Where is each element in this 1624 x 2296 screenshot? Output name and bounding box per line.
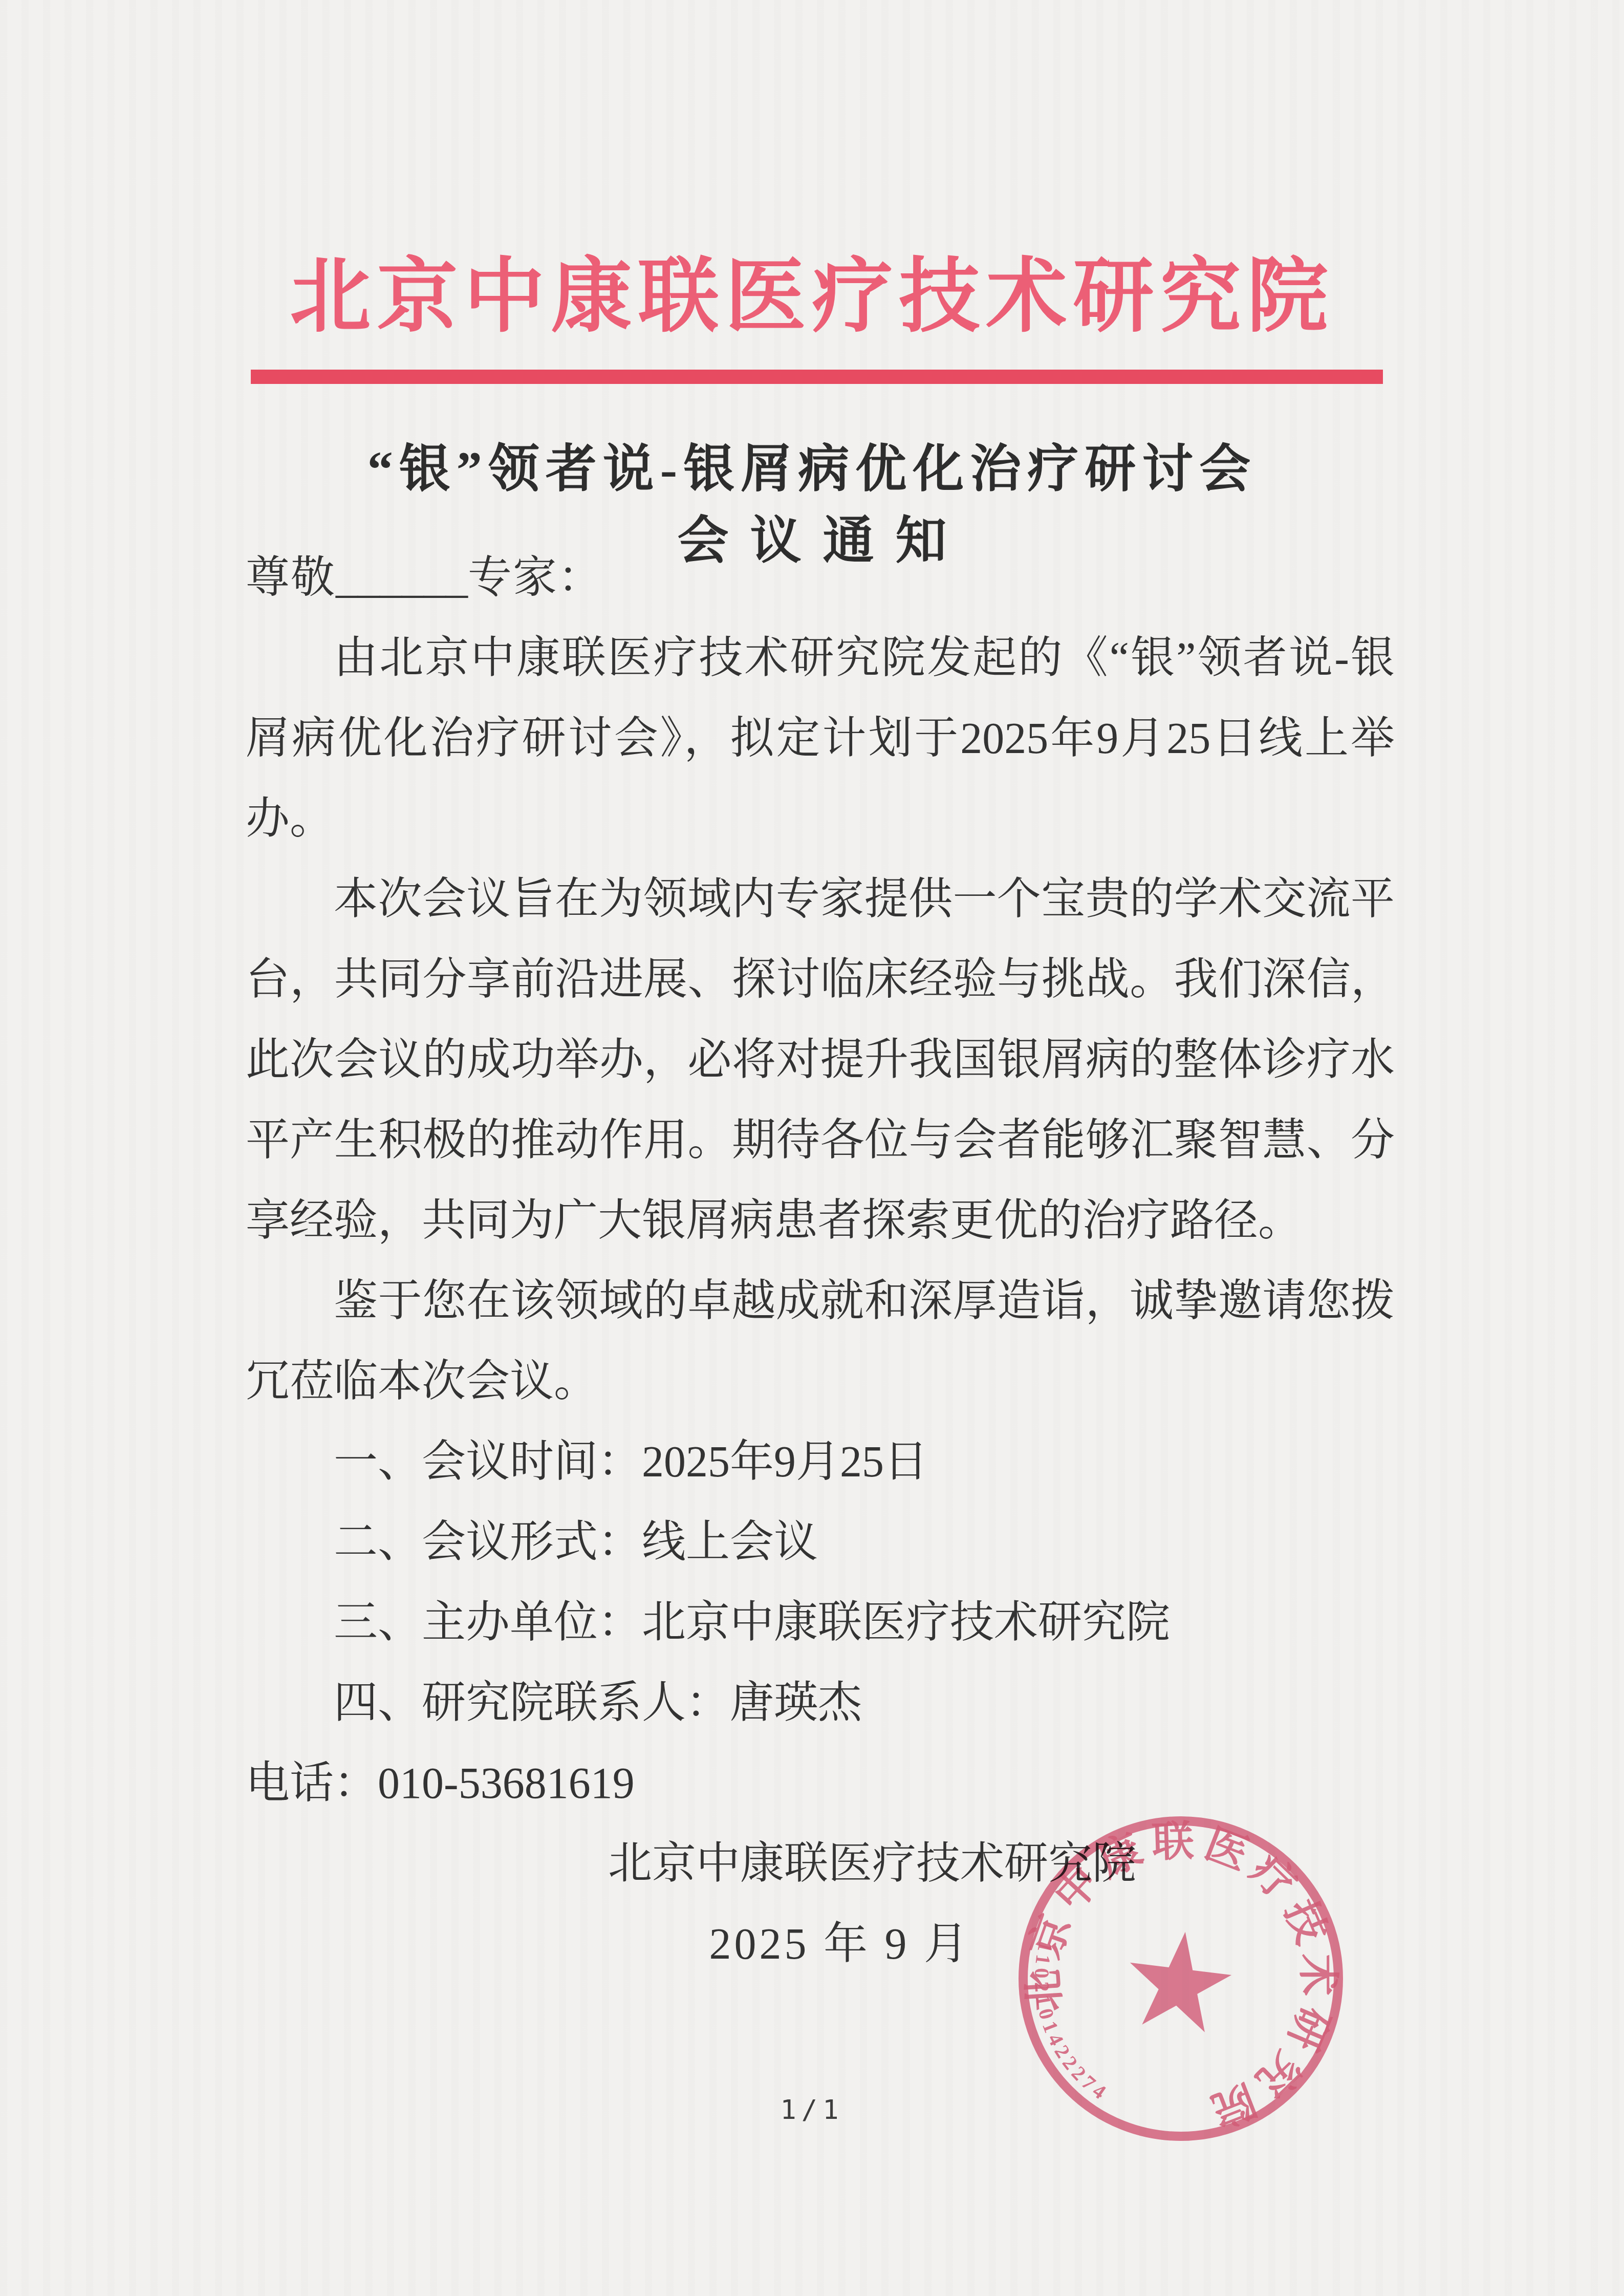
- institute-title: 北京中康联医疗技术研究院: [0, 231, 1624, 348]
- title-divider-bar: [251, 370, 1383, 384]
- date-line: 2025 年 9 月: [246, 1904, 1395, 1984]
- salutation-blank: ______: [336, 553, 468, 602]
- letter-body: 尊敬______专家： 由北京中康联医疗技术研究院发起的《“银”领者说-银屑病优…: [246, 538, 1395, 1984]
- meeting-title: “银”领者说-银屑病优化治疗研讨会: [0, 427, 1624, 501]
- salutation-suffix: 专家：: [468, 553, 603, 602]
- paragraph-purpose: 本次会议旨在为领域内专家提供一个宝贵的学术交流平台，共同分享前沿进展、探讨临床经…: [246, 859, 1395, 1261]
- paragraph-invitation: 由北京中康联医疗技术研究院发起的《“银”领者说-银屑病优化治疗研讨会》，拟定计划…: [246, 618, 1395, 859]
- salutation-prefix: 尊敬: [246, 553, 336, 602]
- signature-line: 北京中康联医疗技术研究院: [246, 1823, 1395, 1904]
- list-item-contact-person: 四、研究院联系人：唐瑛杰: [246, 1663, 1395, 1743]
- phone-line: 电话：010-53681619: [246, 1743, 1395, 1823]
- list-item-meeting-time: 一、会议时间：2025年9月25日: [246, 1422, 1395, 1502]
- salutation-line: 尊敬______专家：: [246, 538, 1395, 618]
- list-item-host-organization: 三、主办单位：北京中康联医疗技术研究院: [246, 1582, 1395, 1663]
- scanned-notice-page: 北京中康联医疗技术研究院 “银”领者说-银屑病优化治疗研讨会 会议通知 尊敬__…: [0, 0, 1624, 2296]
- list-item-meeting-format: 二、会议形式：线上会议: [246, 1502, 1395, 1582]
- page-number: 1/1: [0, 2095, 1624, 2126]
- paragraph-request: 鉴于您在该领域的卓越成就和深厚造诣，诚挚邀请您拨冗莅临本次会议。: [246, 1261, 1395, 1422]
